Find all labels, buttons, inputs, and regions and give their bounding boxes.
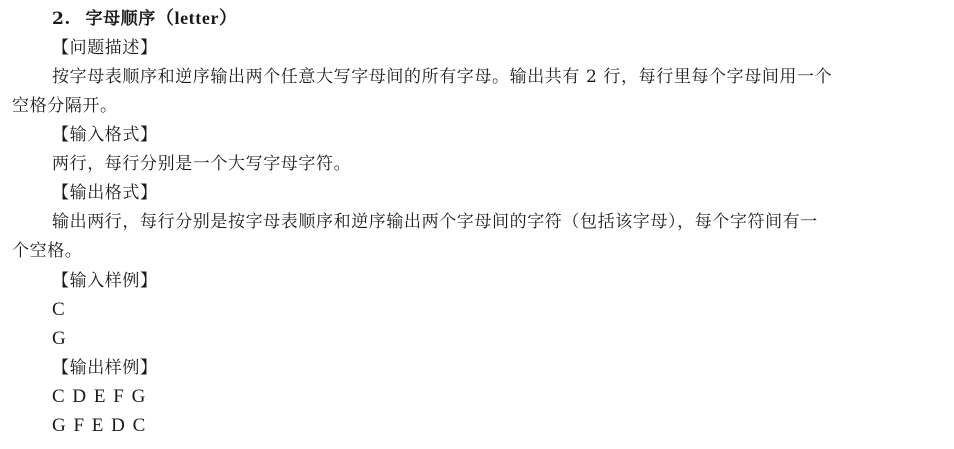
problem-title: 2. 字母顺序（letter） xyxy=(52,8,238,29)
output-sample-line: G F E D C xyxy=(52,416,146,436)
output-format-text-line2: 个空格。 xyxy=(12,241,82,261)
output-sample-heading: 【输出样例】 xyxy=(52,358,158,378)
input-format-text: 两行，每行分别是一个大写字母字符。 xyxy=(52,154,351,174)
description-heading: 【问题描述】 xyxy=(52,38,158,58)
description-text-line2: 空格分隔开。 xyxy=(12,96,118,116)
problem-name-en: （letter） xyxy=(156,8,238,28)
input-sample-heading: 【输入样例】 xyxy=(52,271,158,291)
problem-name: 字母顺序 xyxy=(85,9,155,29)
input-sample-line: C xyxy=(52,300,66,320)
output-format-heading: 【输出格式】 xyxy=(52,183,158,203)
output-sample-line: C D E F G xyxy=(52,387,146,407)
input-format-heading: 【输入格式】 xyxy=(52,125,158,145)
output-format-text-line1: 输出两行，每行分别是按字母表顺序和逆序输出两个字母间的字符（包括该字母），每个字… xyxy=(52,212,818,232)
description-text-line1: 按字母表顺序和逆序输出两个任意大写字母间的所有字母。输出共有 2 行，每行里每个… xyxy=(52,67,832,87)
input-sample-line: G xyxy=(52,329,67,349)
problem-number: 2. xyxy=(52,9,71,29)
